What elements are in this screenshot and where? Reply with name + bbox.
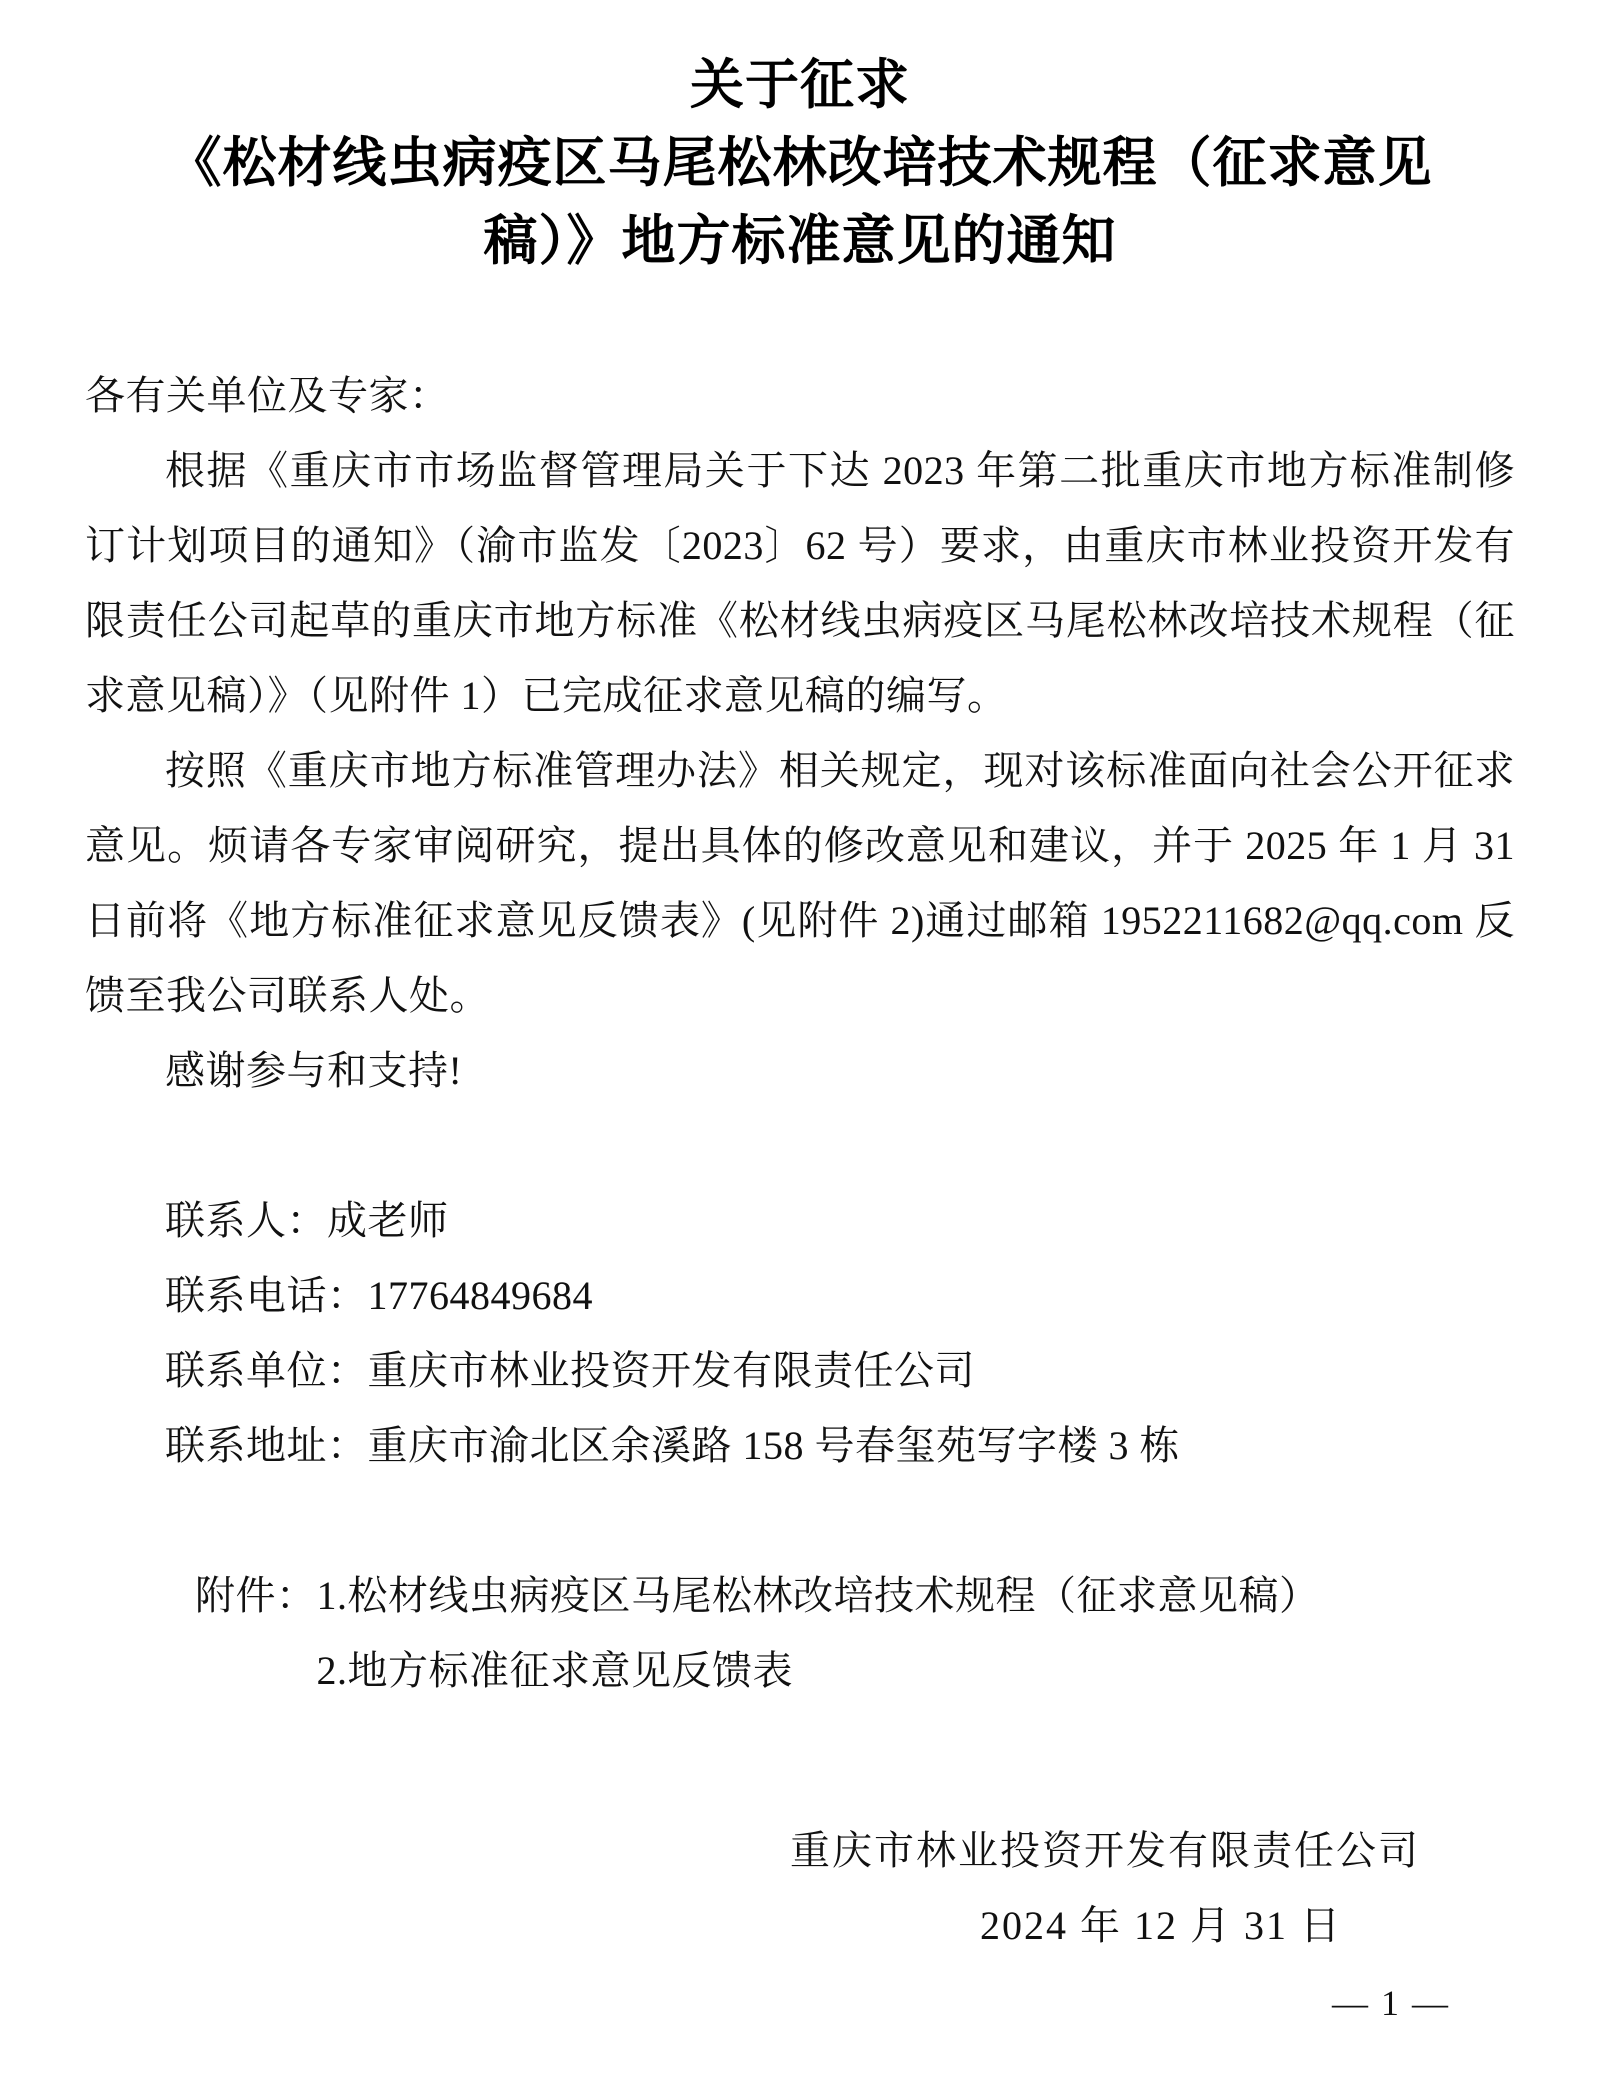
title-line-2: 《松材线虫病疫区马尾松林改培技术规程（征求意见 <box>85 124 1515 202</box>
salutation: 各有关单位及专家： <box>85 358 1515 433</box>
contact-unit-value: 重庆市林业投资开发有限责任公司 <box>368 1348 976 1393</box>
title-line-3: 稿）》地方标准意见的通知 <box>85 202 1515 280</box>
attachment-item-1: 1.松材线虫病疫区马尾松林改培技术规程（征求意见稿） <box>317 1558 1516 1633</box>
contact-person-line: 联系人：成老师 <box>85 1183 1515 1258</box>
attachments-section: 附件： 1.松材线虫病疫区马尾松林改培技术规程（征求意见稿） 2.地方标准征求意… <box>85 1558 1515 1708</box>
document-title: 关于征求 《松材线虫病疫区马尾松林改培技术规程（征求意见 稿）》地方标准意见的通… <box>85 46 1515 280</box>
contact-address-value: 重庆市渝北区余溪路 158 号春玺苑写字楼 3 栋 <box>368 1423 1181 1468</box>
document-body: 各有关单位及专家： 根据《重庆市市场监督管理局关于下达 2023 年第二批重庆市… <box>85 358 1515 1963</box>
page-number: — 1 — <box>1332 1982 1450 2024</box>
document-page: 关于征求 《松材线虫病疫区马尾松林改培技术规程（征求意见 稿）》地方标准意见的通… <box>0 0 1600 2078</box>
contact-person-label: 联系人： <box>165 1198 327 1243</box>
attachments-list: 1.松材线虫病疫区马尾松林改培技术规程（征求意见稿） 2.地方标准征求意见反馈表 <box>317 1558 1516 1708</box>
signature-block: 重庆市林业投资开发有限责任公司 2024 年 12 月 31 日 <box>85 1813 1515 1963</box>
contact-info: 联系人：成老师 联系电话：17764849684 联系单位：重庆市林业投资开发有… <box>85 1183 1515 1483</box>
contact-phone-label: 联系电话： <box>165 1273 368 1318</box>
attachment-item-2: 2.地方标准征求意见反馈表 <box>317 1633 1516 1708</box>
attachments-label: 附件： <box>195 1558 317 1633</box>
paragraph-solicitation: 按照《重庆市地方标准管理办法》相关规定，现对该标准面向社会公开征求意见。烦请各专… <box>85 733 1515 1033</box>
contact-phone-value: 17764849684 <box>368 1273 594 1318</box>
title-line-1: 关于征求 <box>85 46 1515 124</box>
contact-unit-label: 联系单位： <box>165 1348 368 1393</box>
contact-unit-line: 联系单位：重庆市林业投资开发有限责任公司 <box>85 1333 1515 1408</box>
contact-person-value: 成老师 <box>327 1198 449 1243</box>
paragraph-basis: 根据《重庆市市场监督管理局关于下达 2023 年第二批重庆市地方标准制修订计划项… <box>85 433 1515 733</box>
signature-company: 重庆市林业投资开发有限责任公司 <box>85 1813 1515 1888</box>
contact-address-line: 联系地址：重庆市渝北区余溪路 158 号春玺苑写字楼 3 栋 <box>85 1408 1515 1483</box>
paragraph-thanks: 感谢参与和支持! <box>85 1033 1515 1108</box>
contact-address-label: 联系地址： <box>165 1423 368 1468</box>
contact-phone-line: 联系电话：17764849684 <box>85 1258 1515 1333</box>
signature-date: 2024 年 12 月 31 日 <box>85 1888 1515 1963</box>
